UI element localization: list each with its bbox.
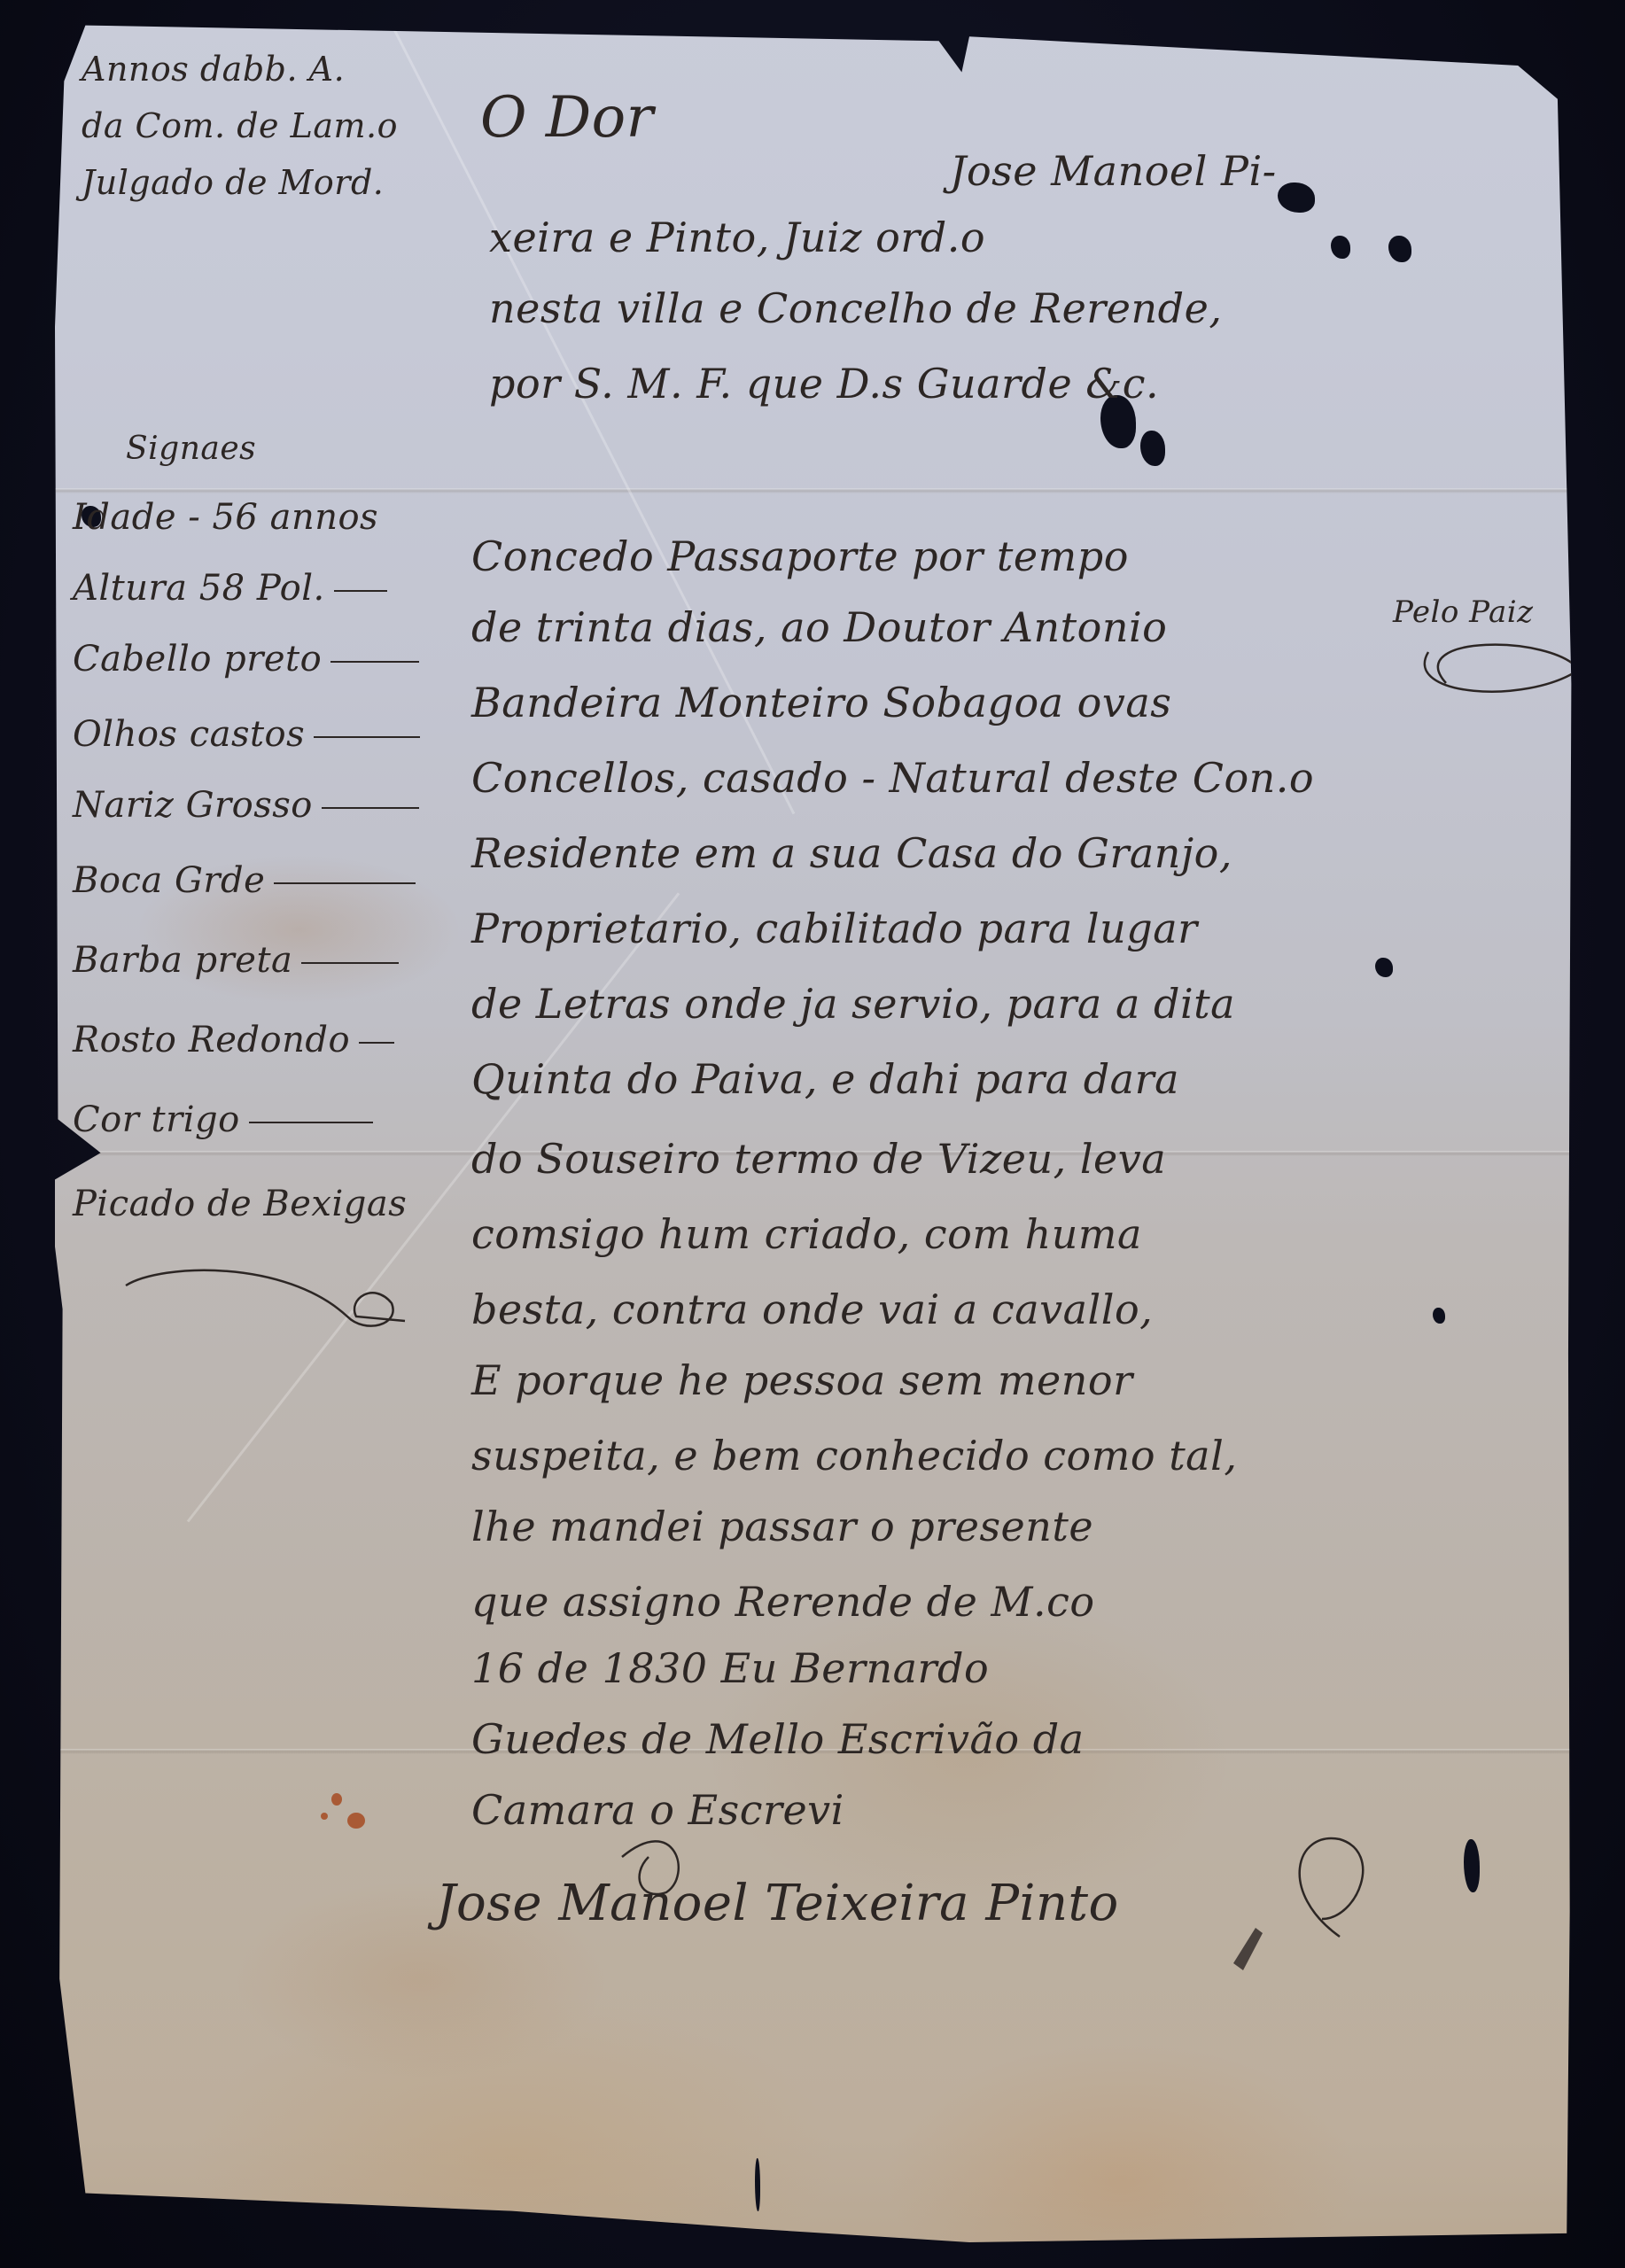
paper-hole — [1278, 183, 1315, 213]
item-label: Boca — [73, 860, 163, 901]
header-line: Jose Manoel Pi- — [950, 147, 1277, 195]
signalement-item: Altura 58 Pol. — [73, 568, 387, 609]
header-line: por S. M. F. que D.s Guarde &c. — [489, 360, 1159, 408]
signature-paraph — [1300, 1838, 1364, 1937]
item-label: Cor — [73, 1099, 139, 1140]
side-note: Pelo Paiz — [1393, 594, 1534, 630]
body-line: Proprietario, cabilitado para lugar — [471, 905, 1198, 952]
signature-mark — [1233, 1928, 1263, 1970]
item-value: castos — [190, 714, 305, 755]
rust-stain — [321, 1813, 328, 1820]
annotation-line: Julgado de Mord. — [82, 154, 398, 211]
item-label: Olhos — [73, 714, 177, 755]
body-line: de Letras onde ja servio, para a dita — [471, 980, 1235, 1028]
signature: Jose Manoel Teixeira Pinto — [436, 1875, 1119, 1932]
item-value: 56 annos — [212, 497, 378, 538]
body-line: besta, contra onde vai a cavallo, — [471, 1285, 1153, 1333]
paper-hole — [1464, 1839, 1480, 1892]
item-value: Bexigas — [263, 1184, 407, 1224]
body-line: Concellos, casado - Natural deste Con.o — [471, 754, 1314, 802]
annotation-line: Annos dabb. A. — [82, 41, 398, 97]
item-label: Cabello — [73, 639, 212, 680]
body-line: E porque he pessoa sem menor — [471, 1356, 1133, 1404]
body-line: 16 de 1830 Eu Bernardo — [471, 1644, 989, 1692]
paper-hole — [1331, 236, 1350, 259]
paper-hole — [1140, 431, 1165, 466]
rust-stain — [331, 1793, 342, 1806]
item-label: Rosto — [73, 1020, 176, 1060]
body-line: que assigno Rerende de M.co — [471, 1578, 1095, 1626]
header-line: nesta villa e Concelho de Rerende, — [489, 284, 1222, 332]
item-value: preto — [223, 639, 322, 680]
rust-stain — [347, 1813, 365, 1829]
annotation-line: da Com. de Lam.o — [82, 97, 398, 154]
item-value: trigo — [152, 1099, 240, 1140]
item-value: preta — [195, 940, 293, 981]
body-line: comsigo hum criado, com huma — [471, 1210, 1142, 1258]
item-label: Nariz — [73, 785, 174, 826]
item-value: Redondo — [189, 1020, 350, 1060]
paper-hole — [1388, 236, 1411, 262]
paper-tear — [755, 2158, 760, 2211]
signalement-item: Nariz Grosso — [73, 785, 419, 826]
signalement-item: Rosto Redondo — [73, 1020, 394, 1060]
salutation: O Dor — [480, 85, 654, 151]
item-label: Altura — [73, 568, 187, 609]
manuscript-paper: Annos dabb. A. da Com. de Lam.o Julgado … — [55, 14, 1579, 2247]
body-line: Bandeira Monteiro Sobagoa ovas — [471, 679, 1171, 726]
body-line: do Souseiro termo de Vizeu, leva — [471, 1135, 1166, 1183]
header-line: xeira e Pinto, Juiz ord.o — [489, 214, 985, 261]
body-line: Quinta do Paiva, e dahi para dara — [471, 1055, 1179, 1103]
body-line: de trinta dias, ao Doutor Antonio — [471, 603, 1167, 651]
item-label: Barba — [73, 940, 183, 981]
signalement-item: Idade - 56 annos — [73, 497, 378, 538]
signalement-item: Boca Grde — [73, 860, 416, 901]
signalement-item: Cor trigo — [73, 1099, 373, 1140]
signalement-item: Picado de Bexigas — [73, 1184, 407, 1224]
signalement-item: Barba preta — [73, 940, 399, 981]
body-line: Guedes de Mello Escrivão da — [471, 1715, 1085, 1763]
body-line: Camara o Escrevi — [471, 1786, 844, 1834]
top-left-annotation: Annos dabb. A. da Com. de Lam.o Julgado … — [82, 41, 398, 211]
body-line: suspeita, e bem conhecido como tal, — [471, 1432, 1237, 1480]
body-line: Concedo Passaporte por tempo — [471, 532, 1129, 580]
item-value: Grde — [175, 860, 265, 901]
paper-hole — [1375, 958, 1393, 977]
paper-hole — [1433, 1308, 1445, 1324]
horizontal-fold-upper — [55, 488, 1579, 493]
body-line: lhe mandei passar o presente — [471, 1503, 1093, 1550]
body-line: Residente em a sua Casa do Granjo, — [471, 829, 1232, 877]
signalement-item: Cabello preto — [73, 639, 419, 680]
signalement-item: Olhos castos — [73, 714, 420, 755]
item-label: Idade — [73, 497, 176, 538]
item-value: Grosso — [186, 785, 313, 826]
item-value: 58 Pol. — [199, 568, 325, 609]
signalement-title: Signaes — [126, 431, 256, 467]
flourish-side-note — [1425, 645, 1579, 692]
item-label: Picado de — [73, 1184, 252, 1224]
